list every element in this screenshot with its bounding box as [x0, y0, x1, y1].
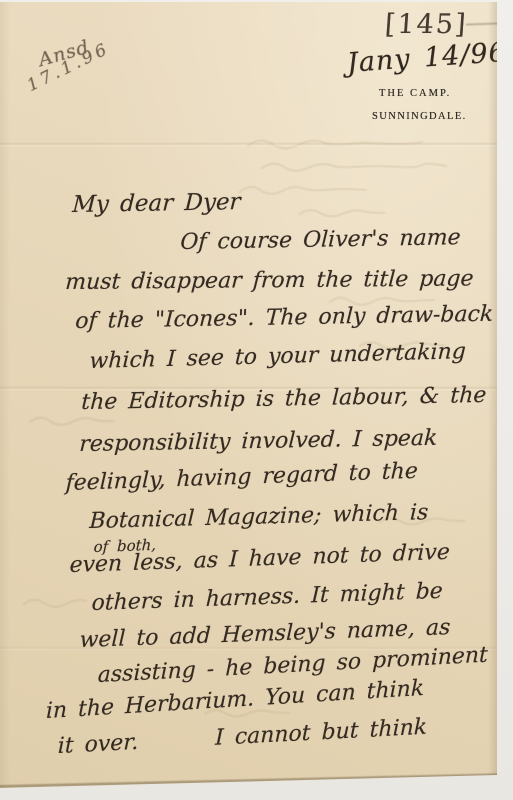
- handwritten-line-4: of the "Icones". The only draw-back: [75, 302, 494, 334]
- handwritten-line-12: others in harness. It might be: [91, 579, 443, 616]
- archival-page-number: [145]: [384, 9, 469, 40]
- handwritten-date: Jany 14/96: [346, 37, 508, 79]
- handwritten-line-1: My dear Dyer: [72, 189, 242, 218]
- handwritten-line-3: must disappear from the title page: [64, 266, 474, 295]
- letterhead-address-line1: THE CAMP.: [379, 88, 451, 99]
- handwritten-line-5: which I see to your undertaking: [89, 339, 466, 374]
- paper-crease: [0, 142, 497, 147]
- scan-backdrop: [145] Ansd 17.1.96 Jany 14/96 THE CAMP. …: [0, 0, 513, 800]
- pencil-stroke: [466, 22, 500, 25]
- letterhead-address-line2: SUNNINGDALE.: [372, 111, 467, 122]
- handwritten-line-16: it over. I cannot but think: [58, 715, 428, 759]
- handwritten-line-6: the Editorship is the labour, & the: [81, 383, 487, 415]
- letter-page: [145] Ansd 17.1.96 Jany 14/96 THE CAMP. …: [0, 2, 497, 800]
- handwritten-line-8: feelingly, having regard to the: [65, 459, 418, 496]
- handwritten-line-7: responsibility involved. I speak: [79, 426, 438, 457]
- paper-bottom-edge: [0, 773, 513, 788]
- handwritten-line-2: Of course Oliver's name: [180, 225, 462, 255]
- handwritten-line-9: Botanical Magazine; which is: [89, 500, 429, 534]
